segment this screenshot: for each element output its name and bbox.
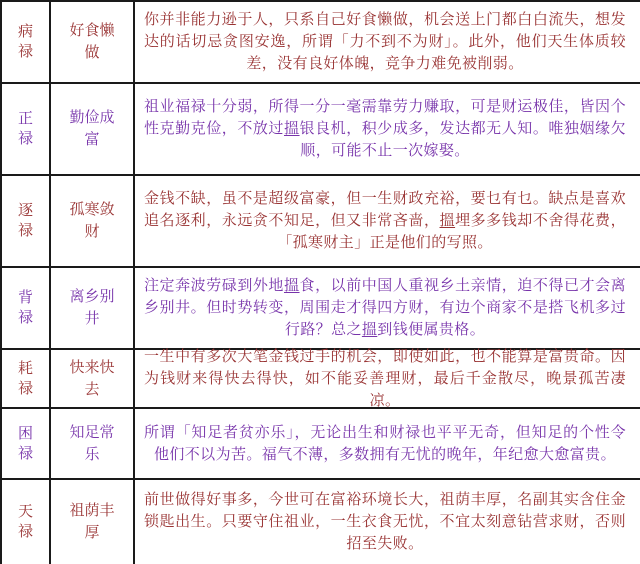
rank-label-cell: 病禄	[2, 2, 51, 82]
trait-title-cell: 孤寒敛财	[51, 176, 135, 266]
rank-label-cell: 背禄	[2, 268, 51, 348]
trait-title-cell: 祖荫丰厚	[51, 480, 135, 564]
rank-label-cell: 正禄	[2, 84, 51, 174]
table-row: 天禄 祖荫丰厚 前世做得好事多，今世可在富裕环境长大，祖荫丰厚，名副其实含住金锁…	[2, 480, 640, 564]
description-text: 祖业福禄十分弱，所得一分一毫需靠劳力赚取，可是财运极佳，皆因个性克勤克俭，不放过…	[144, 96, 626, 162]
rank-label-cell: 耗禄	[2, 350, 51, 407]
table-row: 困禄 知足常乐 所谓「知足者贫亦乐」，无论出生和财禄也平平无奇，但知足的个性令他…	[2, 409, 640, 480]
description-cell: 所谓「知足者贫亦乐」，无论出生和财禄也平平无奇，但知足的个性令他们不以为苦。福气…	[135, 409, 640, 478]
description-text: 一生中有多次大笔金钱过手的机会，即使如此，也不能算是富贵命。因为钱财来得快去得快…	[144, 346, 626, 412]
description-text: 前世做得好事多，今世可在富裕环境长大，祖荫丰厚，名副其实含住金锁匙出生。只要守住…	[144, 489, 626, 555]
description-cell: 一生中有多次大笔金钱过手的机会，即使如此，也不能算是富贵命。因为钱财来得快去得快…	[135, 350, 640, 407]
rank-label: 耗禄	[17, 359, 34, 399]
trait-title: 知足常乐	[65, 422, 119, 466]
trait-title: 好食懒做	[65, 20, 119, 64]
trait-title-cell: 知足常乐	[51, 409, 135, 478]
rank-label-cell: 天禄	[2, 480, 51, 564]
rank-label: 背禄	[17, 288, 34, 328]
rank-label: 病禄	[17, 22, 34, 62]
rank-label: 正禄	[17, 109, 34, 149]
trait-title-cell: 离乡别井	[51, 268, 135, 348]
trait-title: 孤寒敛财	[65, 199, 119, 243]
description-text: 你并非能力逊于人，只系自己好食懒做，机会送上门都白白流失，想发达的话切忌贪图安逸…	[144, 9, 626, 75]
trait-title-cell: 勤俭成富	[51, 84, 135, 174]
trait-title: 快来快去	[65, 357, 119, 401]
description-cell: 你并非能力逊于人，只系自己好食懒做，机会送上门都白白流失，想发达的话切忌贪图安逸…	[135, 2, 640, 82]
table-row: 背禄 离乡别井 注定奔波劳碌到外地搵食，以前中国人重视乡土亲情，迫不得已才会离乡…	[2, 268, 640, 350]
description-cell: 前世做得好事多，今世可在富裕环境长大，祖荫丰厚，名副其实含住金锁匙出生。只要守住…	[135, 480, 640, 564]
rank-label-cell: 逐禄	[2, 176, 51, 266]
rank-label: 逐禄	[17, 201, 34, 241]
trait-title: 勤俭成富	[65, 107, 119, 151]
rank-label: 困禄	[17, 424, 34, 464]
trait-title-cell: 好食懒做	[51, 2, 135, 82]
fortune-table: 病禄 好食懒做 你并非能力逊于人，只系自己好食懒做，机会送上门都白白流失，想发达…	[0, 0, 640, 564]
description-text: 注定奔波劳碌到外地搵食，以前中国人重视乡土亲情，迫不得已才会离乡别井。但时势转变…	[144, 275, 626, 341]
trait-title: 离乡别井	[65, 286, 119, 330]
table-row: 耗禄 快来快去 一生中有多次大笔金钱过手的机会，即使如此，也不能算是富贵命。因为…	[2, 350, 640, 409]
trait-title-cell: 快来快去	[51, 350, 135, 407]
table-row: 正禄 勤俭成富 祖业福禄十分弱，所得一分一毫需靠劳力赚取，可是财运极佳，皆因个性…	[2, 84, 640, 176]
table-row: 逐禄 孤寒敛财 金钱不缺，虽不是超级富豪，但一生财政充裕，要乜有乜。缺点是喜欢追…	[2, 176, 640, 268]
description-cell: 金钱不缺，虽不是超级富豪，但一生财政充裕，要乜有乜。缺点是喜欢追名逐利，永远贪不…	[135, 176, 640, 266]
description-text: 金钱不缺，虽不是超级富豪，但一生财政充裕，要乜有乜。缺点是喜欢追名逐利，永远贪不…	[144, 188, 626, 254]
trait-title: 祖荫丰厚	[65, 500, 119, 544]
rank-label: 天禄	[17, 502, 34, 542]
description-text: 所谓「知足者贫亦乐」，无论出生和财禄也平平无奇，但知足的个性令他们不以为苦。福气…	[144, 422, 626, 466]
rank-label-cell: 困禄	[2, 409, 51, 478]
description-cell: 注定奔波劳碌到外地搵食，以前中国人重视乡土亲情，迫不得已才会离乡别井。但时势转变…	[135, 268, 640, 348]
table-row: 病禄 好食懒做 你并非能力逊于人，只系自己好食懒做，机会送上门都白白流失，想发达…	[2, 2, 640, 84]
description-cell: 祖业福禄十分弱，所得一分一毫需靠劳力赚取，可是财运极佳，皆因个性克勤克俭，不放过…	[135, 84, 640, 174]
